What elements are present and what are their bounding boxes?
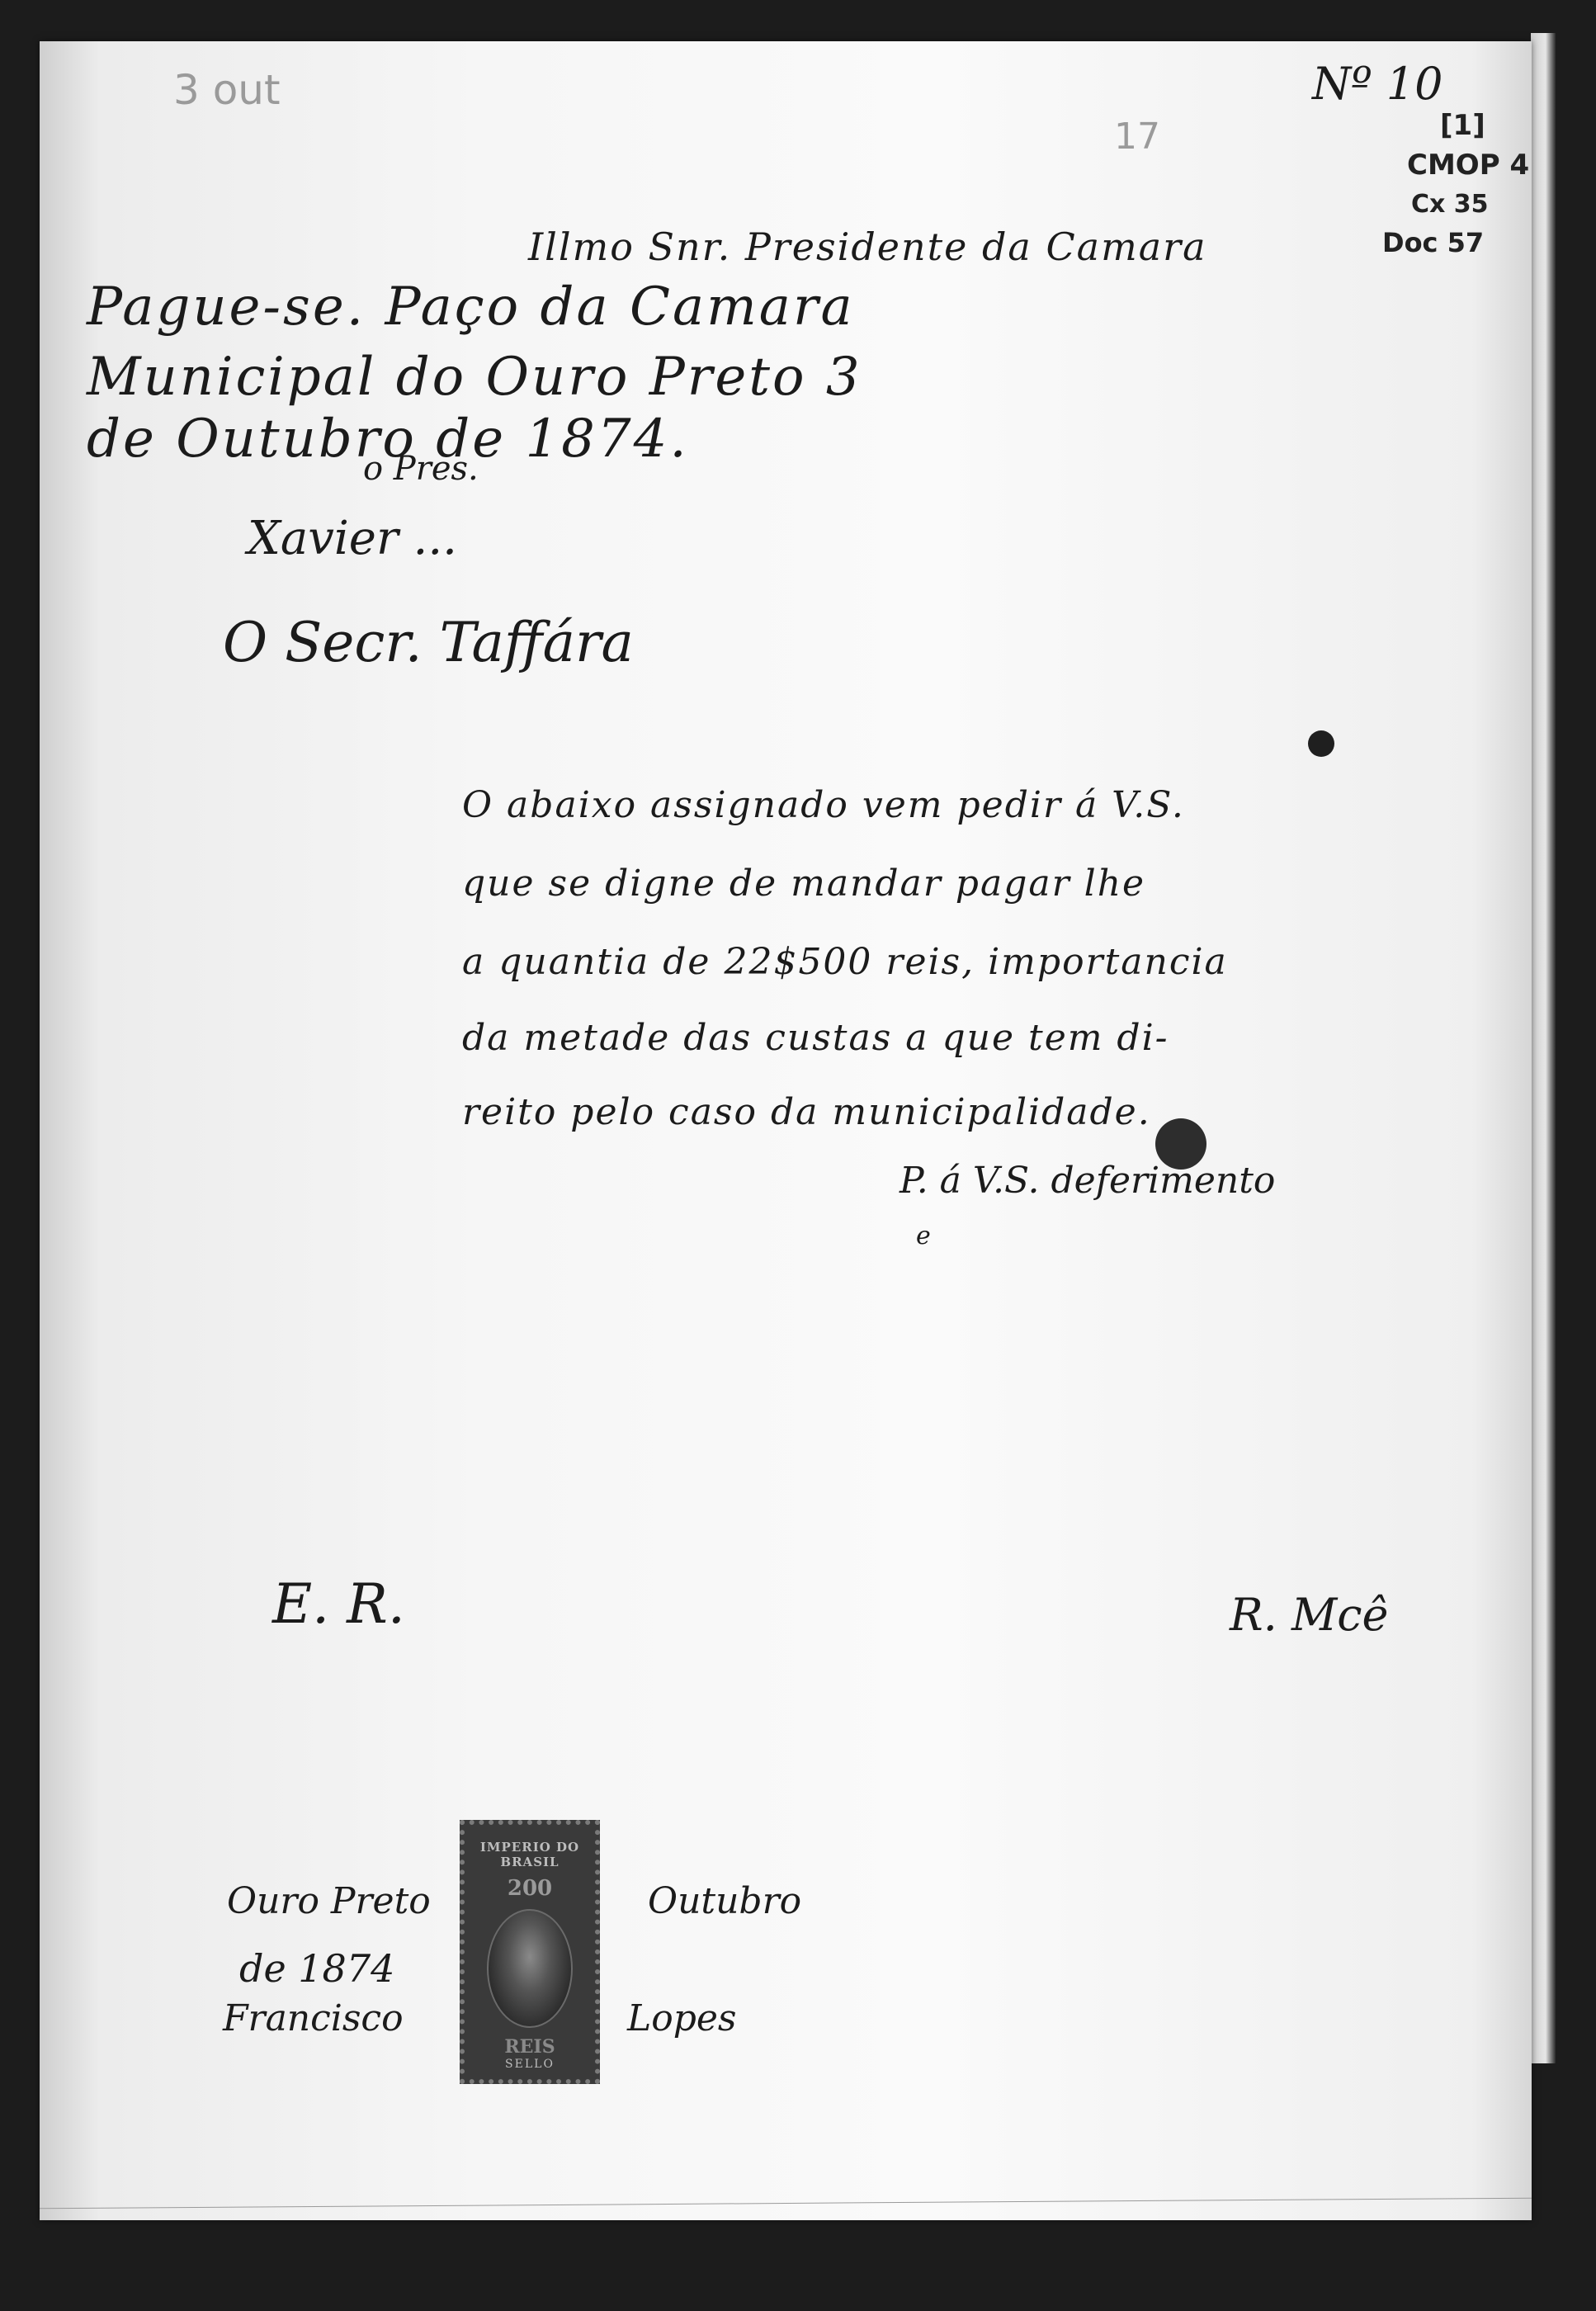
petition-line: que se digne de mandar pagar lhe xyxy=(462,862,1145,905)
petition-closing-mark: e xyxy=(916,1222,931,1250)
pencil-annotation-folio: 17 xyxy=(1114,116,1160,158)
document-number: Nº 10 xyxy=(1312,58,1443,110)
emperor-portrait-icon xyxy=(487,1909,573,2028)
despacho-line-1: Pague-se. Paço da Camara xyxy=(87,276,855,338)
petition-line: O abaixo assignado vem pedir á V.S. xyxy=(462,784,1185,826)
petition-closing: P. á V.S. deferimento xyxy=(900,1160,1275,1202)
signature-first-name: Francisco xyxy=(223,1997,404,2039)
formula-right: R. Mcê xyxy=(1230,1589,1388,1641)
stamp-currency: REIS xyxy=(465,2036,595,2058)
stamp-header: IMPERIO DO BRASIL xyxy=(465,1840,595,1869)
pencil-annotation-date: 3 out xyxy=(173,66,281,114)
ink-blot xyxy=(1308,730,1334,757)
archive-doc-number: Doc 57 xyxy=(1382,227,1484,258)
petition-line: a quantia de 22$500 reis, importancia xyxy=(462,941,1228,983)
ink-blot xyxy=(1155,1118,1206,1170)
signature-last-name: Lopes xyxy=(627,1997,737,2039)
scan-edge xyxy=(1531,33,1556,2063)
petition-line: reito pelo caso da municipalidade. xyxy=(462,1091,1151,1133)
stamp-footer: SELLO xyxy=(465,2058,595,2071)
archive-box-code: Cx 35 xyxy=(1411,190,1489,219)
date-line: de 1874 xyxy=(239,1946,394,1991)
revenue-stamp: IMPERIO DO BRASIL 200 REIS SELLO xyxy=(460,1820,600,2084)
header-address: Illmo Snr. Presidente da Camara xyxy=(528,224,1207,269)
archive-bracket-mark: [1] xyxy=(1440,109,1485,142)
formula-left: E. R. xyxy=(272,1572,405,1636)
archive-collection-code: CMOP 4 xyxy=(1407,149,1529,182)
president-label: o Pres. xyxy=(363,450,479,488)
president-signature: Xavier ... xyxy=(248,512,457,565)
place-line-right: Outubro xyxy=(648,1880,801,1922)
stamp-value: 200 xyxy=(465,1876,595,1901)
petition-line: da metade das custas a que tem di- xyxy=(462,1017,1169,1059)
despacho-line-2: Municipal do Ouro Preto 3 xyxy=(87,347,862,408)
place-line-left: Ouro Preto xyxy=(227,1880,431,1922)
secretary-signature: O Secr. Taffára xyxy=(223,611,634,674)
